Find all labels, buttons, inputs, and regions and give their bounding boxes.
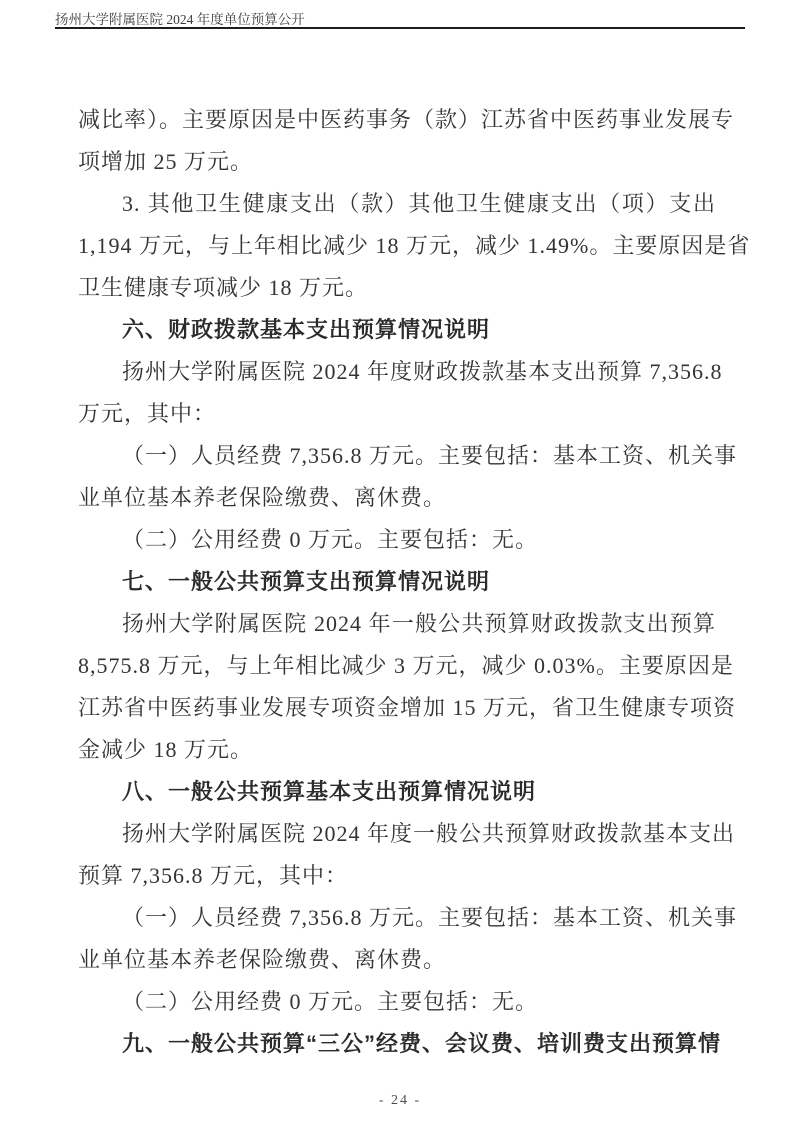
text-line: （一）人员经费 7,356.8 万元。主要包括：基本工资、机关事 [78, 897, 716, 939]
section-heading: 九、一般公共预算“三公”经费、会议费、培训费支出预算情 [78, 1023, 716, 1065]
document-body: 减比率）。主要原因是中医药事务（款）江苏省中医药事业发展专项增加 25 万元。3… [78, 99, 716, 1065]
paragraph: 扬州大学附属医院 2024 年一般公共预算财政拨款支出预算8,575.8 万元，… [78, 603, 716, 771]
section-heading: 七、一般公共预算支出预算情况说明 [78, 561, 716, 603]
paragraph: （二）公用经费 0 万元。主要包括：无。 [78, 981, 716, 1023]
paragraph: （一）人员经费 7,356.8 万元。主要包括：基本工资、机关事业单位基本养老保… [78, 435, 716, 519]
section-heading: 六、财政拨款基本支出预算情况说明 [78, 309, 716, 351]
paragraph: 减比率）。主要原因是中医药事务（款）江苏省中医药事业发展专项增加 25 万元。 [78, 99, 716, 183]
text-line: 扬州大学附属医院 2024 年度一般公共预算财政拨款基本支出 [78, 813, 716, 855]
page-header-title: 扬州大学附属医院 2024 年度单位预算公开 [55, 12, 305, 27]
text-line: （二）公用经费 0 万元。主要包括：无。 [78, 519, 716, 561]
text-line: 8,575.8 万元，与上年相比减少 3 万元，减少 0.03%。主要原因是 [78, 645, 716, 687]
heading-line: 八、一般公共预算基本支出预算情况说明 [78, 771, 716, 813]
paragraph: （一）人员经费 7,356.8 万元。主要包括：基本工资、机关事业单位基本养老保… [78, 897, 716, 981]
text-line: （一）人员经费 7,356.8 万元。主要包括：基本工资、机关事 [78, 435, 716, 477]
text-line: 3. 其他卫生健康支出（款）其他卫生健康支出（项）支出 [78, 183, 716, 225]
text-line: 业单位基本养老保险缴费、离休费。 [78, 477, 716, 519]
text-line: 扬州大学附属医院 2024 年度财政拨款基本支出预算 7,356.8 [78, 351, 716, 393]
heading-line: 七、一般公共预算支出预算情况说明 [78, 561, 716, 603]
text-line: 万元，其中： [78, 393, 716, 435]
paragraph: （二）公用经费 0 万元。主要包括：无。 [78, 519, 716, 561]
text-line: 江苏省中医药事业发展专项资金增加 15 万元，省卫生健康专项资 [78, 687, 716, 729]
document-page: 扬州大学附属医院 2024 年度单位预算公开 减比率）。主要原因是中医药事务（款… [0, 0, 800, 1131]
text-line: 扬州大学附属医院 2024 年一般公共预算财政拨款支出预算 [78, 603, 716, 645]
text-line: 减比率）。主要原因是中医药事务（款）江苏省中医药事业发展专 [78, 99, 716, 141]
text-line: 金减少 18 万元。 [78, 729, 716, 771]
text-line: 1,194 万元，与上年相比减少 18 万元，减少 1.49%。主要原因是省 [78, 225, 716, 267]
section-heading: 八、一般公共预算基本支出预算情况说明 [78, 771, 716, 813]
paragraph: 3. 其他卫生健康支出（款）其他卫生健康支出（项）支出1,194 万元，与上年相… [78, 183, 716, 309]
header-rule [55, 27, 745, 29]
text-line: （二）公用经费 0 万元。主要包括：无。 [78, 981, 716, 1023]
page-number: - 24 - [0, 1092, 800, 1110]
text-line: 卫生健康专项减少 18 万元。 [78, 267, 716, 309]
text-line: 预算 7,356.8 万元，其中： [78, 855, 716, 897]
heading-line: 六、财政拨款基本支出预算情况说明 [78, 309, 716, 351]
paragraph: 扬州大学附属医院 2024 年度一般公共预算财政拨款基本支出预算 7,356.8… [78, 813, 716, 897]
text-line: 项增加 25 万元。 [78, 141, 716, 183]
paragraph: 扬州大学附属医院 2024 年度财政拨款基本支出预算 7,356.8万元，其中： [78, 351, 716, 435]
heading-line: 九、一般公共预算“三公”经费、会议费、培训费支出预算情 [78, 1023, 716, 1065]
text-line: 业单位基本养老保险缴费、离休费。 [78, 939, 716, 981]
